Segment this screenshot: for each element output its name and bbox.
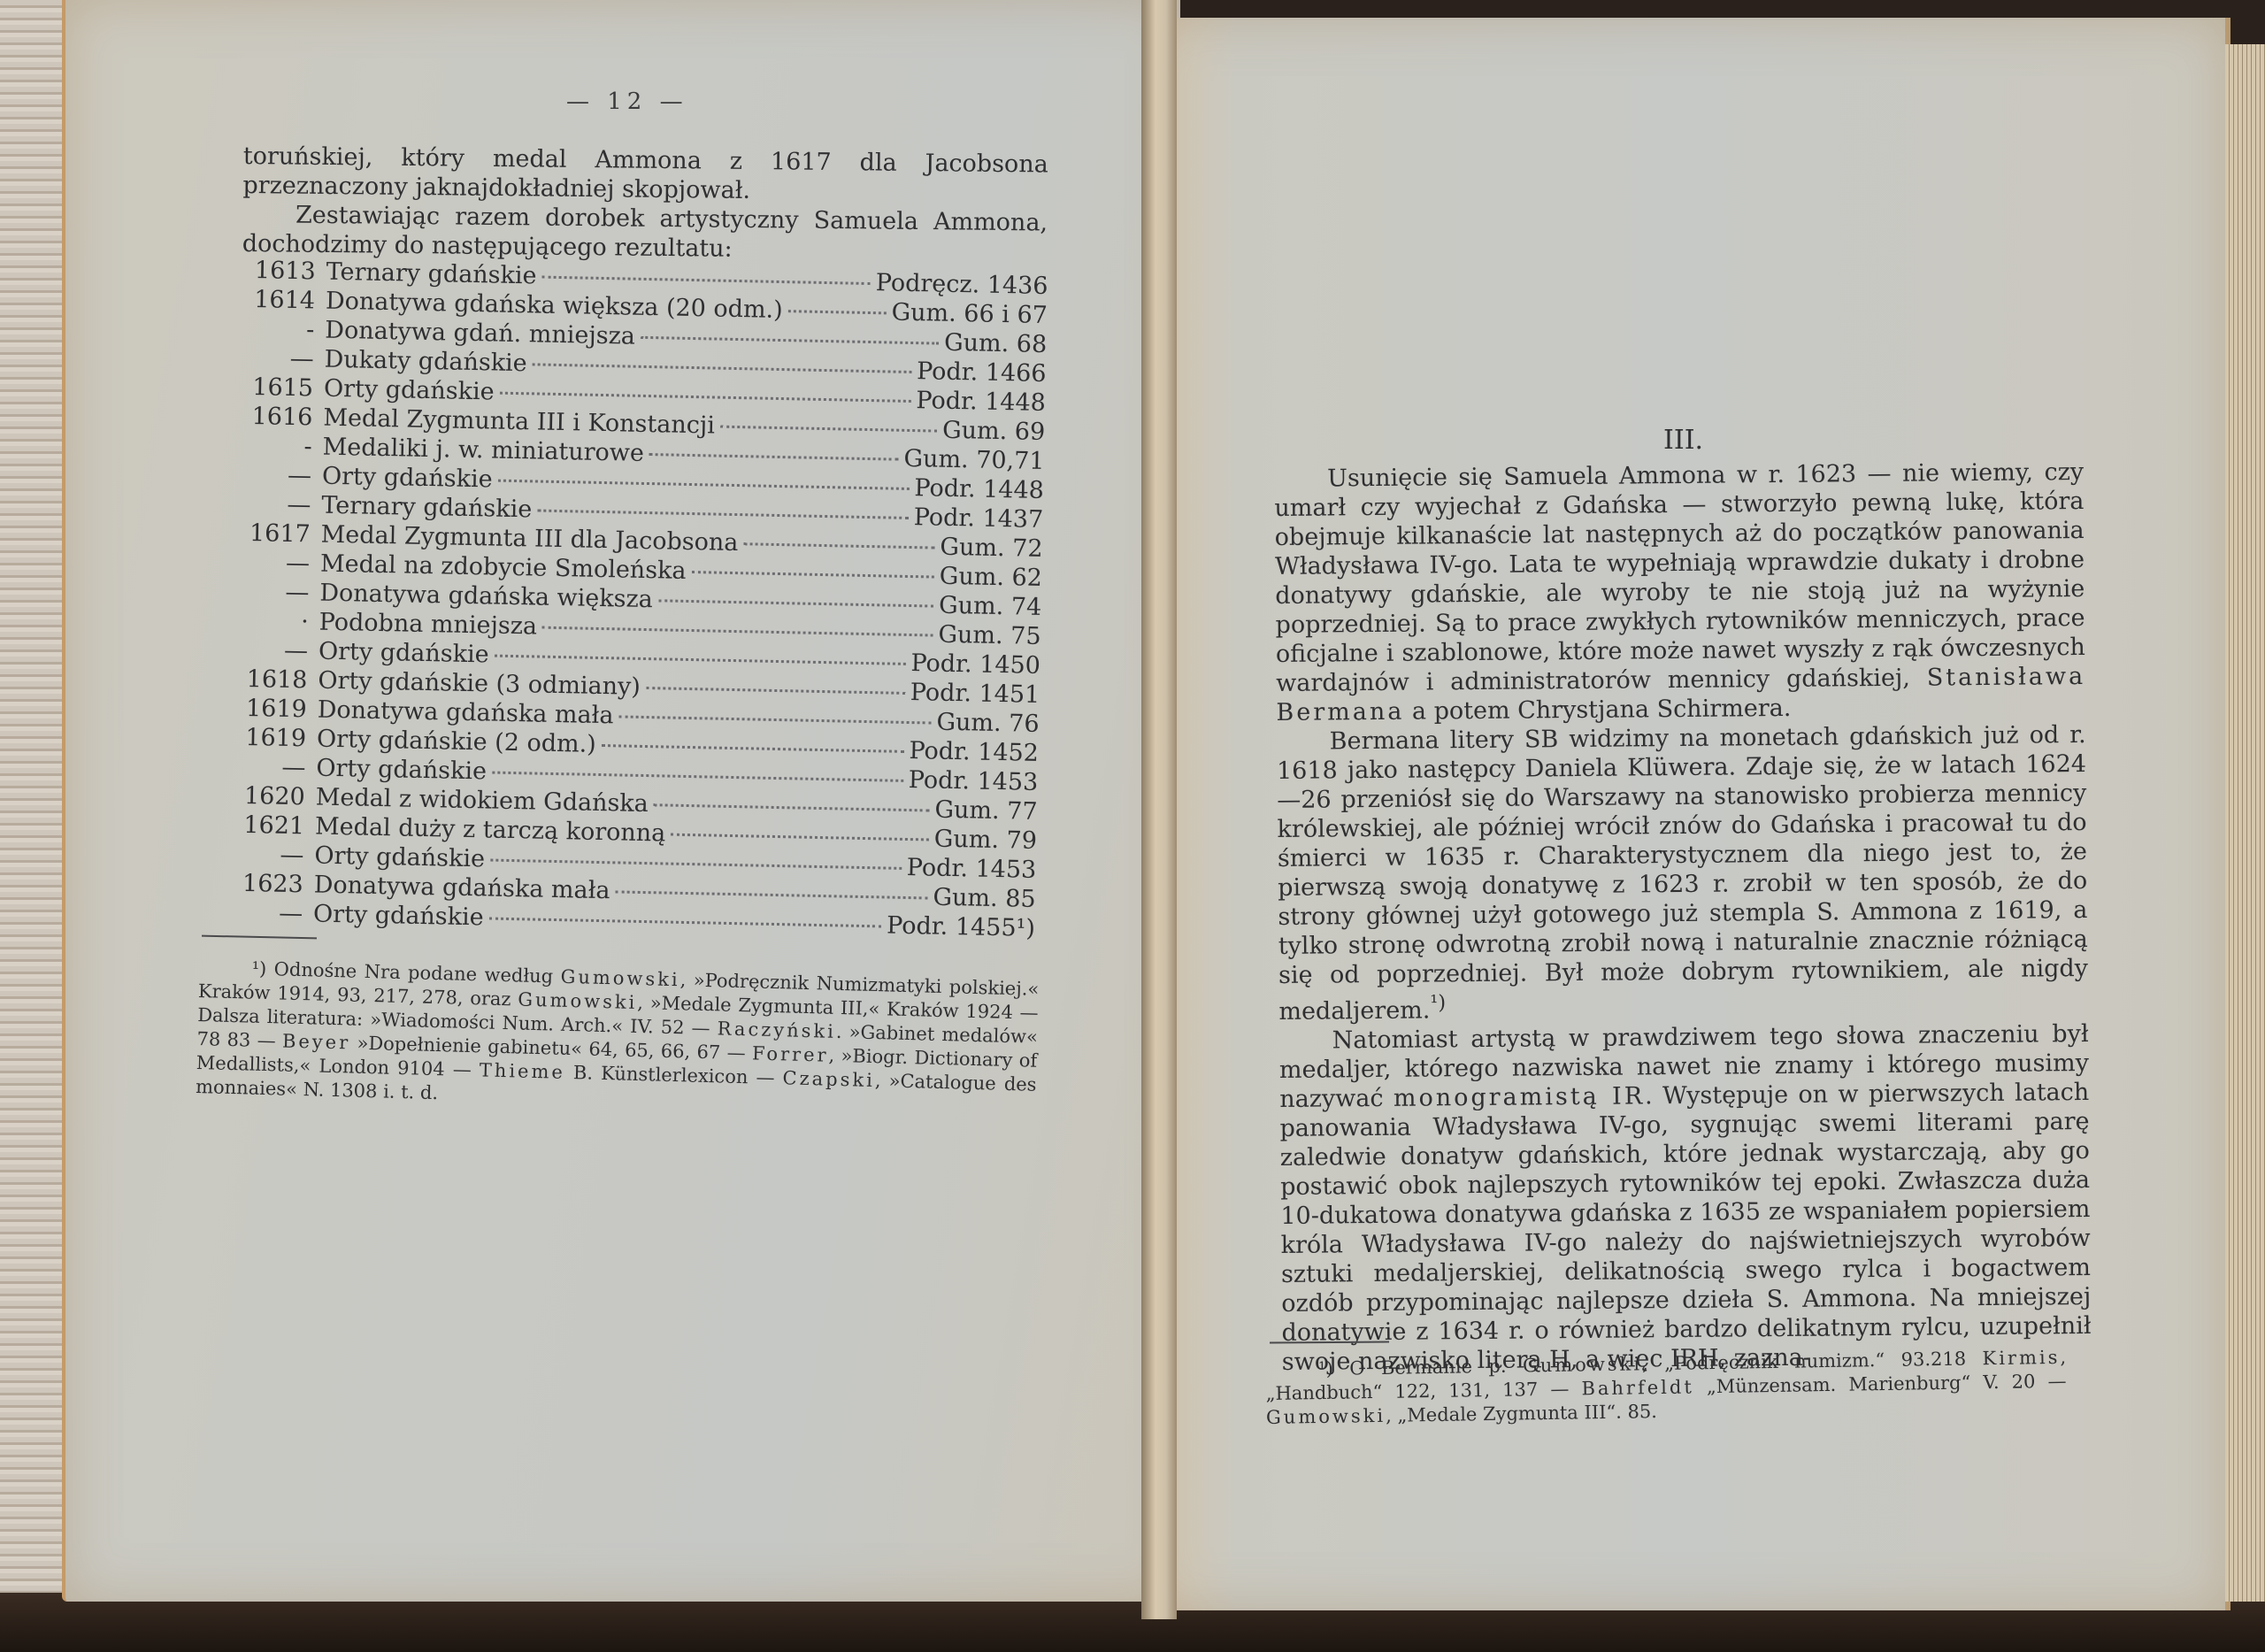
work-year: 1619 <box>242 695 307 723</box>
work-reference: Podr. 1448 <box>914 474 1044 504</box>
work-title: Donatywa gdań. mniejsza <box>325 317 635 350</box>
book-gutter <box>1141 0 1177 1619</box>
footnote-author: Raczyński <box>717 1018 836 1042</box>
work-reference: Gum. 69 <box>942 417 1046 446</box>
work-year: — <box>246 549 311 577</box>
work-reference: Gum. 85 <box>933 884 1036 913</box>
dot-leader <box>541 276 870 285</box>
work-year: - <box>248 432 312 460</box>
footnote-author: Gumowski <box>560 966 680 991</box>
works-list: 1613Ternary gdańskiePodręcz. 14361614Don… <box>239 257 1048 944</box>
work-reference: Gum. 76 <box>936 709 1040 738</box>
dot-leader <box>489 918 882 928</box>
footnote-author: Forrer <box>752 1042 829 1065</box>
work-year: 1616 <box>249 403 313 431</box>
footnote-author: Czapski <box>782 1067 875 1091</box>
work-title: Orty gdańskie <box>316 755 487 786</box>
work-reference: Podręcz. 1436 <box>876 269 1048 300</box>
dot-leader <box>788 310 887 314</box>
footnote-text: O Bermanie p. <box>1349 1355 1523 1379</box>
dot-leader <box>615 890 927 899</box>
work-title: Donatywa gdańska większa <box>319 580 653 614</box>
work-year: 1614 <box>251 286 316 314</box>
work-reference: Podr. 1466 <box>917 357 1047 388</box>
work-year: — <box>247 490 311 519</box>
dot-leader <box>602 744 904 753</box>
work-year: — <box>250 344 314 373</box>
dot-leader <box>641 336 939 345</box>
dot-leader <box>720 426 937 433</box>
work-title: Donatywa gdańska mała <box>313 872 610 905</box>
work-reference: Gum. 68 <box>944 329 1048 358</box>
work-reference: Podr. 1437 <box>913 503 1043 534</box>
work-year: — <box>248 461 312 489</box>
work-reference: Gum. 79 <box>934 826 1038 855</box>
work-title: Ternary gdańskie <box>326 258 536 290</box>
footnote-marker: ¹) <box>1318 1358 1333 1379</box>
monogramist-name: monogramistą IR <box>1394 1082 1645 1111</box>
work-year: 1623 <box>239 870 303 898</box>
right-footnote: ¹) O Bermanie p. Gumowski, „Podręcznik n… <box>1265 1346 2067 1430</box>
dot-leader <box>490 859 902 870</box>
work-reference: Podr. 1448 <box>916 387 1046 417</box>
desk-background <box>0 0 62 1593</box>
page-number: — 12 — <box>566 88 688 115</box>
paragraph-text: a potem Chrystjana Schirmera. <box>1404 695 1791 726</box>
footnote-text: B. Künstlerlexicon — <box>565 1062 783 1088</box>
paragraph-1: Usunięcie się Samuela Ammona w r. 1623 —… <box>1274 457 2086 727</box>
paragraph-text: Bermana litery SB widzimy na monetach gd… <box>1277 721 2088 1026</box>
work-year: — <box>239 899 303 927</box>
work-year: — <box>240 841 304 869</box>
work-reference: Podr. 1451 <box>910 679 1040 709</box>
footnote-text: „Münzensam. Marienburg“ V. 20 — <box>1694 1371 2067 1398</box>
dot-leader <box>618 715 931 724</box>
page-stack-edge <box>2225 44 2265 1602</box>
paragraph-text: Usunięcie się Samuela Ammona w r. 1623 —… <box>1274 458 2085 697</box>
dot-leader <box>646 687 905 695</box>
dot-leader <box>533 363 911 373</box>
paragraph-text: . Występuje on w pierwszych latach panow… <box>1279 1079 2091 1376</box>
work-year: - <box>250 315 315 343</box>
work-reference: Podr. 1452 <box>909 737 1039 767</box>
dot-leader <box>658 599 933 607</box>
work-reference: Gum. 70,71 <box>903 445 1045 475</box>
footnote-text: , „Podręcznik numizm.“ 93.218 <box>1642 1348 1983 1374</box>
work-year: 1618 <box>243 665 308 694</box>
paragraph-3: Natomiast artystą w prawdziwem tego słow… <box>1279 1019 2092 1377</box>
work-reference: Podr. 1453 <box>909 766 1039 796</box>
work-reference: Gum. 66 i 67 <box>891 299 1048 330</box>
work-title: Orty gdańskie <box>324 375 495 406</box>
footnote-author: Thieme <box>480 1059 566 1083</box>
dot-leader <box>654 803 930 811</box>
work-year: 1613 <box>251 257 316 285</box>
work-reference: Gum. 77 <box>934 796 1038 826</box>
work-title: Podobna mniejsza <box>319 609 537 641</box>
work-year: · <box>244 607 309 635</box>
footnote-marker: ¹) <box>251 958 266 980</box>
dot-leader <box>495 655 906 665</box>
work-reference: Podr. 1453 <box>907 854 1037 884</box>
dot-leader <box>537 510 909 519</box>
work-year: 1619 <box>242 724 307 752</box>
work-title: Orty gdańskie <box>313 901 484 932</box>
left-footnote: ¹) Odnośne Nra podane według Gumowski, »… <box>196 956 1040 1121</box>
dot-leader <box>492 772 903 782</box>
work-title: Medal z widokiem Gdańska <box>315 784 649 818</box>
work-title: Dukaty gdańskie <box>324 346 527 378</box>
footnote-author: Beyer <box>282 1030 351 1053</box>
work-title: Donatywa gdańska mała <box>317 696 613 730</box>
work-title: Orty gdańskie <box>314 842 485 873</box>
paragraph-2: Bermana litery SB widzimy na monetach gd… <box>1277 720 2089 1026</box>
dot-leader <box>692 571 934 579</box>
work-year: — <box>242 753 306 781</box>
footnote-author: Gumowski <box>518 988 638 1013</box>
left-body-text: toruńskiej, który medal Ammona z 1617 dl… <box>242 142 1048 267</box>
work-reference: Gum. 72 <box>940 534 1043 563</box>
work-reference: Podr. 1455¹) <box>887 912 1035 942</box>
summary-paragraph: Zestawiając razem dorobek artystyczny Sa… <box>242 200 1048 267</box>
dot-leader <box>542 626 933 637</box>
work-year: — <box>245 578 310 606</box>
work-year: 1615 <box>250 373 314 402</box>
work-title: Orty gdańskie <box>322 463 493 494</box>
dot-leader <box>671 834 929 841</box>
footnote-author: Bahrfeldt <box>1581 1376 1694 1399</box>
work-reference: Gum. 75 <box>938 621 1041 650</box>
work-title: Orty gdańskie (3 odmiany) <box>318 667 641 701</box>
footnote-author: Gumowski <box>1523 1353 1642 1376</box>
work-title: Ternary gdańskie <box>321 492 532 524</box>
footnote-ref: ¹) <box>1430 991 1446 1014</box>
intro-paragraph: toruńskiej, który medal Ammona z 1617 dl… <box>242 142 1048 209</box>
footnote-author: Gumowski <box>1266 1405 1386 1428</box>
work-title: Orty gdańskie (2 odm.) <box>317 726 596 758</box>
work-title: Orty gdańskie <box>319 638 489 669</box>
work-reference: Gum. 74 <box>939 592 1042 621</box>
dot-leader <box>498 480 910 490</box>
right-body-text: Usunięcie się Samuela Ammona w r. 1623 —… <box>1274 457 2092 1377</box>
chapter-heading: III. <box>1663 425 1703 456</box>
dot-leader <box>649 453 899 461</box>
work-reference: Gum. 62 <box>940 563 1043 592</box>
work-reference: Podr. 1450 <box>910 649 1040 680</box>
footnote-author: Kirmis <box>1982 1347 2060 1369</box>
work-year: 1617 <box>246 519 311 548</box>
footnote-text: , „Medale Zygmunta III“. 85. <box>1386 1401 1657 1426</box>
dot-leader <box>500 392 911 403</box>
work-year: — <box>244 636 309 665</box>
work-year: 1620 <box>241 782 305 811</box>
work-title: Medal duży z tarczą koronną <box>315 813 666 848</box>
work-title: Medaliki j. w. miniaturowe <box>322 434 644 467</box>
dot-leader <box>743 542 934 549</box>
work-year: 1621 <box>241 811 305 840</box>
